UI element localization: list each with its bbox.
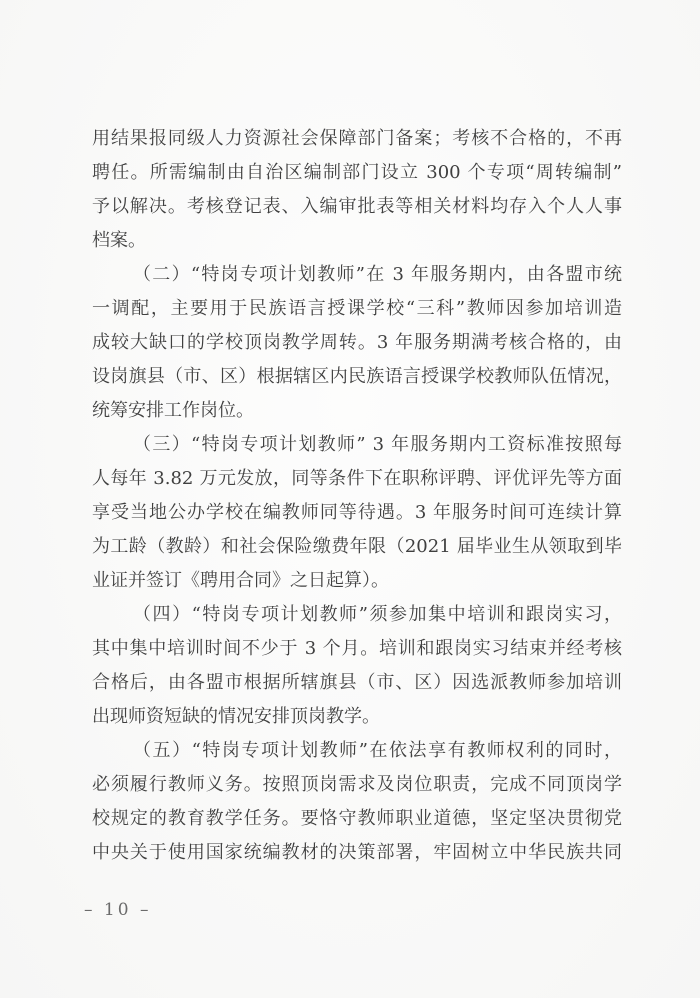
text-line: 用结果报同级人力资源社会保障部门备案；考核不合格的，不再 [92,122,622,156]
text-line: 出现师资短缺的情况安排顶岗教学。 [92,700,622,734]
page-number: – 10 – [84,898,151,922]
document-body: 用结果报同级人力资源社会保障部门备案；考核不合格的，不再聘任。所需编制由自治区编… [92,122,622,870]
text-line: 档案。 [92,224,622,258]
text-line: 予以解决。考核登记表、入编审批表等相关材料均存入个人人事 [92,190,622,224]
text-line: 业证并签订《聘用合同》之日起算）。 [92,564,622,598]
text-line: （二）“特岗专项计划教师”在 3 年服务期内，由各盟市统 [92,258,622,292]
text-line: 聘任。所需编制由自治区编制部门设立 300 个专项“周转编制” [92,156,622,190]
text-line: （四）“特岗专项计划教师”须参加集中培训和跟岗实习， [92,598,622,632]
text-line: （三）“特岗专项计划教师” 3 年服务期内工资标准按照每 [92,428,622,462]
text-line: 享受当地公办学校在编教师同等待遇。3 年服务时间可连续计算 [92,496,622,530]
text-line: 统筹安排工作岗位。 [92,394,622,428]
text-line: （五）“特岗专项计划教师”在依法享有教师权利的同时， [92,734,622,768]
text-line: 成较大缺口的学校顶岗教学周转。3 年服务期满考核合格的，由 [92,326,622,360]
text-line: 为工龄（教龄）和社会保险缴费年限（2021 届毕业生从领取到毕 [92,530,622,564]
text-line: 校规定的教育教学任务。要恪守教师职业道德，坚定坚决贯彻党 [92,802,622,836]
document-page: 用结果报同级人力资源社会保障部门备案；考核不合格的，不再聘任。所需编制由自治区编… [0,0,700,998]
text-line: 人每年 3.82 万元发放，同等条件下在职称评聘、评优评先等方面 [92,462,622,496]
text-line: 中央关于使用国家统编教材的决策部署，牢固树立中华民族共同 [92,836,622,870]
text-line: 合格后，由各盟市根据所辖旗县（市、区）因选派教师参加培训 [92,666,622,700]
text-line: 一调配，主要用于民族语言授课学校“三科”教师因参加培训造 [92,292,622,326]
text-line: 其中集中培训时间不少于 3 个月。培训和跟岗实习结束并经考核 [92,632,622,666]
text-line: 设岗旗县（市、区）根据辖区内民族语言授课学校教师队伍情况， [92,360,622,394]
text-line: 必须履行教师义务。按照顶岗需求及岗位职责，完成不同顶岗学 [92,768,622,802]
